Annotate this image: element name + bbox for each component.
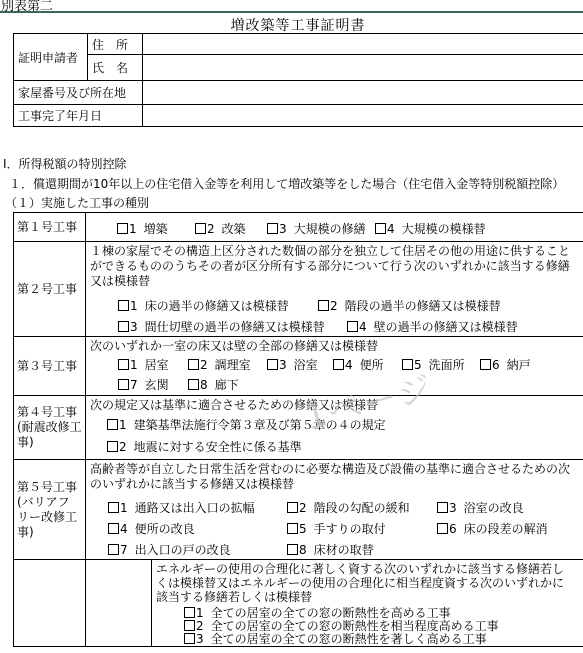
checkbox-option[interactable]: 3全ての居室の全ての窓の断熱性を著しく高める工事 <box>184 633 487 646</box>
checkbox-icon <box>118 379 129 390</box>
option-number: 3 <box>279 358 287 372</box>
option-number: 5 <box>414 358 422 372</box>
checkbox-icon <box>117 223 128 234</box>
option-number: 1 <box>129 222 137 236</box>
option-label: 廊下 <box>215 378 239 392</box>
option-label: 浴室の改良 <box>464 501 524 515</box>
option-number: 2 <box>330 299 338 313</box>
checkbox-option[interactable]: 4大規模の模様替 <box>375 220 486 237</box>
work-row-4-label: 第４号工事 (耐震改修工 事) <box>14 396 86 460</box>
option-number: 4 <box>120 522 128 536</box>
option-number: 3 <box>130 320 138 334</box>
option-number: 5 <box>299 522 307 536</box>
checkbox-icon <box>333 359 344 370</box>
work-row-5-label: 第５号工事 (バリアフ リー改修工 事) <box>14 460 86 560</box>
checkbox-option[interactable]: 4便所 <box>333 358 402 373</box>
option-label: 階段の勾配の緩和 <box>314 501 410 515</box>
address-input[interactable] <box>143 34 583 55</box>
checkbox-icon <box>184 620 195 631</box>
option-row: 1床の過半の修繕又は模様替2階段の過半の修繕又は模様替 <box>118 299 581 314</box>
checkbox-option[interactable]: 8廊下 <box>188 378 239 393</box>
option-label: 建築基準法施行令第３章及び第５章の４の規定 <box>134 418 386 432</box>
label-line: 事) <box>17 525 83 540</box>
option-number: 8 <box>299 543 307 557</box>
checkbox-icon <box>437 502 448 513</box>
option-label: 調理室 <box>215 358 251 372</box>
option-label: 便所 <box>360 358 384 372</box>
checkbox-icon <box>188 379 199 390</box>
option-label: 間仕切壁の過半の修繕又は模様替 <box>145 320 325 334</box>
option-number: 2 <box>196 619 204 633</box>
checkbox-icon <box>195 223 206 234</box>
option-number: 1 <box>120 501 128 515</box>
option-label: 通路又は出入口の拡幅 <box>135 501 255 515</box>
checkbox-option[interactable]: 4便所の改良 <box>108 522 287 537</box>
work-row-5: 第５号工事 (バリアフ リー改修工 事) 高齢者等が自立した日常生活を営むのに必… <box>14 460 583 560</box>
option-label: 手すりの取付 <box>314 522 386 536</box>
checkbox-icon <box>107 441 118 452</box>
option-number: 2 <box>207 222 215 236</box>
checkbox-icon <box>118 359 129 370</box>
checkbox-icon <box>108 544 119 555</box>
checkbox-option[interactable]: 3浴室の改良 <box>437 501 524 516</box>
checkbox-option[interactable]: 7玄関 <box>118 378 188 393</box>
option-label: 階段の過半の修繕又は模様替 <box>345 299 501 313</box>
checkbox-option[interactable]: 2階段の勾配の緩和 <box>287 501 437 516</box>
description-line: のいずれかに該当する修繕又は模様替 <box>90 477 581 492</box>
checkbox-icon <box>184 633 195 644</box>
checkbox-option[interactable]: 3大規模の修繕 <box>267 220 375 237</box>
form-page: 別表第二 増改築等工事証明書 証明申請者 住 所 氏 名 家屋番号及び所在地 工… <box>0 0 583 653</box>
option-number: 2 <box>299 501 307 515</box>
description-line: エネルギーの使用の合理化に著しく資する次のいずれかに該当する修繕若し <box>156 562 581 576</box>
work-row-3: 第３号工事 次のいずれか一室の床又は壁の全部の修繕又は模様替 1居室2調理室3浴… <box>14 337 583 396</box>
option-label: 浴室 <box>294 358 318 372</box>
checkbox-icon <box>437 523 448 534</box>
option-row: 1増築2改築3大規模の修繕4大規模の模様替 <box>117 220 581 237</box>
checkbox-icon <box>108 523 119 534</box>
checkbox-option[interactable]: 3間仕切壁の過半の修繕又は模様替 <box>118 320 347 335</box>
description-line: 該当する修繕若しくは模様替 <box>156 590 581 604</box>
work-row-1: 第１号工事 1増築2改築3大規模の修繕4大規模の模様替 <box>14 213 583 242</box>
checkbox-option[interactable]: 2改築 <box>195 220 267 237</box>
checkbox-icon <box>184 607 195 618</box>
option-label: 改築 <box>222 222 246 236</box>
work-row-6-label <box>14 560 86 647</box>
description-line: １棟の家屋でその構造上区分された数個の部分を独立して住居その他の用途に供すること <box>90 244 581 259</box>
option-number: 7 <box>120 543 128 557</box>
table-row: 家屋番号及び所在地 <box>14 81 583 105</box>
work-row-4: 第４号工事 (耐震改修工 事) 次の規定又は基準に適合させるための修繕又は模様替… <box>14 396 583 460</box>
applicant-table: 証明申請者 住 所 氏 名 家屋番号及び所在地 工事完了年月日 <box>13 33 583 127</box>
option-number: 1 <box>130 358 138 372</box>
section-heading-income-tax: Ⅰ．所得税額の特別控除 <box>3 155 127 172</box>
work-row-2-label: 第２号工事 <box>14 242 86 337</box>
option-label: 壁の過半の修繕又は模様替 <box>374 320 518 334</box>
checkbox-option[interactable]: 2地震に対する安全性に係る基準 <box>107 440 302 455</box>
description-line: 高齢者等が自立した日常生活を営むのに必要な構造及び設備の基準に適合させるための次 <box>90 462 581 477</box>
checkbox-option[interactable]: 4壁の過半の修繕又は模様替 <box>347 320 518 335</box>
option-number: 2 <box>200 358 208 372</box>
description-line: ができるもののうちその者が区分所有する部分について行う次のいずれかに該当する修繕 <box>90 259 581 274</box>
label-line: 第４号工事 <box>17 405 83 420</box>
option-label: 玄関 <box>145 378 169 392</box>
option-row: 1居室2調理室3浴室4便所5洗面所6納戸 <box>118 358 581 373</box>
checkbox-option[interactable]: 7出入口の戸の改良 <box>108 543 287 558</box>
checkbox-icon <box>318 300 329 311</box>
checkbox-icon <box>108 502 119 513</box>
description-line: くは模様替又はエネルギーの使用の合理化に相当程度資する次のいずれかに <box>156 576 581 590</box>
work-row-1-label: 第１号工事 <box>14 213 86 242</box>
work-row-3-label: 第３号工事 <box>14 337 86 396</box>
option-number: 6 <box>492 358 500 372</box>
checkbox-option[interactable]: 5洗面所 <box>402 358 480 373</box>
checkbox-icon <box>402 359 413 370</box>
house-number-label: 家屋番号及び所在地 <box>14 81 143 105</box>
option-number: 1 <box>119 418 127 432</box>
option-label: 居室 <box>145 358 169 372</box>
description-line: 次のいずれか一室の床又は壁の全部の修繕又は模様替 <box>90 339 581 354</box>
option-row: 3全ての居室の全ての窓の断熱性を著しく高める工事 <box>184 633 581 646</box>
option-label: 全ての居室の全ての窓の断熱性を著しく高める工事 <box>211 632 487 646</box>
option-number: 4 <box>387 222 395 236</box>
option-label: 便所の改良 <box>135 522 195 536</box>
completion-date-label: 工事完了年月日 <box>14 105 143 127</box>
checkbox-option[interactable]: 1通路又は出入口の拡幅 <box>108 501 287 516</box>
checkbox-option[interactable]: 8床材の取替 <box>287 543 374 558</box>
checkbox-option[interactable]: 1増築 <box>117 220 195 237</box>
name-input[interactable] <box>143 55 583 81</box>
work-row-6-empty-cell <box>86 560 152 647</box>
applicant-label: 証明申請者 <box>14 34 88 81</box>
checkbox-icon <box>267 359 278 370</box>
checkbox-option[interactable]: 2調理室 <box>188 358 267 373</box>
label-line: リー改修工 <box>17 510 83 525</box>
option-label: 床の段差の解消 <box>464 522 548 536</box>
form-title: 増改築等工事証明書 <box>13 15 583 35</box>
checkbox-option[interactable]: 3浴室 <box>267 358 333 373</box>
option-number: 3 <box>279 222 287 236</box>
works-table: 第１号工事 1増築2改築3大規模の修繕4大規模の模様替 第２号工事 １棟の家屋で… <box>13 212 583 647</box>
table-row: 氏 名 <box>14 55 583 81</box>
checkbox-option[interactable]: 5手すりの取付 <box>287 522 437 537</box>
checkbox-icon <box>267 223 278 234</box>
option-row: 3間仕切壁の過半の修繕又は模様替4壁の過半の修繕又は模様替 <box>118 320 581 335</box>
address-label: 住 所 <box>88 34 143 55</box>
option-number: 2 <box>119 440 127 454</box>
checkbox-option[interactable]: 1居室 <box>118 358 188 373</box>
option-label: 大規模の修繕 <box>294 222 366 236</box>
checkbox-icon <box>188 359 199 370</box>
option-row: 4便所の改良5手すりの取付6床の段差の解消 <box>108 522 581 537</box>
option-label: 床材の取替 <box>314 543 374 557</box>
checkbox-icon <box>107 419 118 430</box>
checkbox-icon <box>118 300 129 311</box>
house-number-input[interactable] <box>143 81 583 105</box>
label-line: (バリアフ <box>17 495 83 510</box>
option-label: 床の過半の修繕又は模様替 <box>145 299 289 313</box>
checkbox-icon <box>287 523 298 534</box>
description-line: 又は模様替 <box>90 274 581 289</box>
label-line: (耐震改修工 <box>17 420 83 435</box>
option-row: 2地震に対する安全性に係る基準 <box>107 440 581 455</box>
checkbox-icon <box>287 544 298 555</box>
completion-date-input[interactable] <box>143 105 583 127</box>
work-row-2: 第２号工事 １棟の家屋でその構造上区分された数個の部分を独立して住居その他の用途… <box>14 242 583 337</box>
option-row: 1建築基準法施行令第３章及び第５章の４の規定 <box>107 418 581 433</box>
option-label: 納戸 <box>507 358 531 372</box>
option-label: 全ての居室の全ての窓の断熱性を相当程度高める工事 <box>211 619 499 633</box>
checkbox-option[interactable]: 6床の段差の解消 <box>437 522 548 537</box>
checkbox-icon <box>480 359 491 370</box>
checkbox-icon <box>347 321 358 332</box>
option-number: 6 <box>449 522 457 536</box>
option-number: 3 <box>196 632 204 646</box>
green-rule <box>0 11 583 13</box>
table-row: 証明申請者 住 所 <box>14 34 583 55</box>
sub-heading-work-types: （１）実施した工事の種別 <box>5 194 149 211</box>
checkbox-option[interactable]: 1床の過半の修繕又は模様替 <box>118 299 318 314</box>
checkbox-option[interactable]: 1建築基準法施行令第３章及び第５章の４の規定 <box>107 418 386 433</box>
name-label: 氏 名 <box>88 55 143 81</box>
option-number: 1 <box>130 299 138 313</box>
option-number: 4 <box>359 320 367 334</box>
item-heading-loan-case: １．償還期間が10年以上の住宅借入金等を利用して増改築等をした場合（住宅借入金等… <box>9 175 564 192</box>
option-row: 7出入口の戸の改良8床材の取替 <box>108 543 581 558</box>
option-number: 8 <box>200 378 208 392</box>
checkbox-icon <box>118 321 129 332</box>
label-line: 第５号工事 <box>17 480 83 495</box>
checkbox-option[interactable]: 6納戸 <box>480 358 531 373</box>
option-row: 7玄関8廊下 <box>118 378 581 393</box>
checkbox-option[interactable]: 2階段の過半の修繕又は模様替 <box>318 299 501 314</box>
option-number: 1 <box>196 606 204 620</box>
option-row: 1通路又は出入口の拡幅2階段の勾配の緩和3浴室の改良 <box>108 501 581 516</box>
checkbox-icon <box>287 502 298 513</box>
option-number: 7 <box>130 378 138 392</box>
work-row-6: エネルギーの使用の合理化に著しく資する次のいずれかに該当する修繕若し くは模様替… <box>14 560 583 647</box>
option-label: 地震に対する安全性に係る基準 <box>134 440 302 454</box>
table-row: 工事完了年月日 <box>14 105 583 127</box>
label-line: 事) <box>17 435 83 450</box>
option-label: 大規模の模様替 <box>402 222 486 236</box>
option-number: 4 <box>345 358 353 372</box>
option-number: 3 <box>449 501 457 515</box>
option-label: 増築 <box>144 222 168 236</box>
option-label: 洗面所 <box>429 358 465 372</box>
checkbox-icon <box>375 223 386 234</box>
option-label: 全ての居室の全ての窓の断熱性を高める工事 <box>211 606 451 620</box>
description-line: 次の規定又は基準に適合させるための修繕又は模様替 <box>90 398 581 413</box>
option-label: 出入口の戸の改良 <box>135 543 231 557</box>
